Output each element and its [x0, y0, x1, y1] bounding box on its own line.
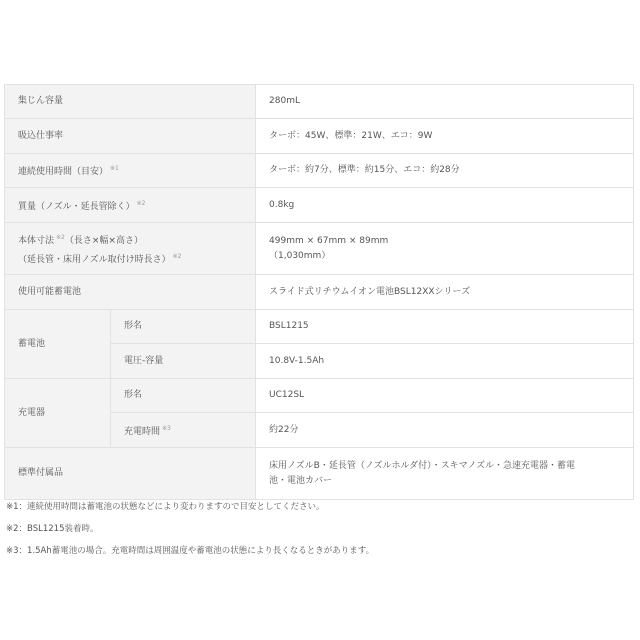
table-row: 本体寸法※2（長さ×幅×高さ） （延長管・床用ノズル取付け時長さ）※2 499m…: [5, 223, 634, 275]
row-value: ターボ：約7分、標準：約15分、エコ：約28分: [256, 154, 634, 188]
row-value: 床用ノズルB・延長管（ノズルホルダ付）・スキマノズル・急速充電器・蓄電 池・電池…: [256, 448, 634, 500]
value-line: 池・電池カバー: [269, 474, 633, 489]
value-line: 499mm × 67mm × 89mm: [269, 234, 633, 249]
row-value: 約22分: [256, 413, 634, 448]
row-label: 吸込仕事率: [5, 119, 256, 154]
footnote-ref: ※3: [162, 425, 171, 432]
row-value: 0.8kg: [256, 188, 634, 223]
row-label: 使用可能蓄電池: [5, 275, 256, 310]
row-value: 10.8V-1.5Ah: [256, 344, 634, 379]
label-text: （長さ×幅×高さ）: [65, 236, 143, 246]
footnote-3: ※3：1.5Ah蓄電池の場合。充電時間は周囲温度や蓄電池の状態により長くなるとき…: [6, 542, 626, 564]
row-value: BSL1215: [256, 310, 634, 344]
row-label: 標準付属品: [5, 448, 256, 500]
table-row: 質量（ノズル・延長管除く）※2 0.8kg: [5, 188, 634, 223]
footnote-2: ※2：BSL1215装着時。: [6, 520, 626, 542]
row-label: 質量（ノズル・延長管除く）※2: [5, 188, 256, 223]
row-label: 集じん容量: [5, 85, 256, 119]
label-text: 本体寸法: [18, 236, 54, 246]
row-value: スライド式リチウムイオン電池BSL12XXシリーズ: [256, 275, 634, 310]
sub-label: 充電時間※3: [111, 413, 256, 448]
table-row: 標準付属品 床用ノズルB・延長管（ノズルホルダ付）・スキマノズル・急速充電器・蓄…: [5, 448, 634, 500]
row-value: ターボ：45W、標準：21W、エコ：9W: [256, 119, 634, 154]
group-label-battery: 蓄電池: [5, 310, 111, 379]
footnote-1: ※1：連続使用時間は蓄電池の状態などにより変わりますので目安としてください。: [6, 498, 626, 520]
footnotes: ※1：連続使用時間は蓄電池の状態などにより変わりますので目安としてください。 ※…: [6, 498, 626, 564]
label-text: （延長管・床用ノズル取付け時長さ）: [18, 255, 171, 265]
footnote-ref: ※2: [137, 200, 146, 207]
row-label: 本体寸法※2（長さ×幅×高さ） （延長管・床用ノズル取付け時長さ）※2: [5, 223, 256, 275]
value-line: （1,030mm）: [269, 249, 633, 264]
label-text: 充電時間: [124, 427, 160, 437]
sub-label: 形名: [111, 310, 256, 344]
row-label: 連続使用時間（目安）※1: [5, 154, 256, 188]
sub-label: 形名: [111, 379, 256, 413]
row-value: 280mL: [256, 85, 634, 119]
footnote-ref: ※2: [173, 253, 182, 260]
table-row: 連続使用時間（目安）※1 ターボ：約7分、標準：約15分、エコ：約28分: [5, 154, 634, 188]
table-row: 吸込仕事率 ターボ：45W、標準：21W、エコ：9W: [5, 119, 634, 154]
table-row: 蓄電池 形名 BSL1215: [5, 310, 634, 344]
label-text: 連続使用時間（目安）: [18, 167, 108, 177]
spec-table: 集じん容量 280mL 吸込仕事率 ターボ：45W、標準：21W、エコ：9W 連…: [4, 84, 634, 500]
value-line: 床用ノズルB・延長管（ノズルホルダ付）・スキマノズル・急速充電器・蓄電: [269, 459, 633, 474]
row-value: UC12SL: [256, 379, 634, 413]
sub-label: 電圧-容量: [111, 344, 256, 379]
footnote-ref: ※2: [56, 234, 65, 241]
group-label-charger: 充電器: [5, 379, 111, 448]
label-text: 質量（ノズル・延長管除く）: [18, 202, 135, 212]
footnote-ref: ※1: [110, 165, 119, 172]
row-value: 499mm × 67mm × 89mm （1,030mm）: [256, 223, 634, 275]
table-row: 集じん容量 280mL: [5, 85, 634, 119]
table-row: 使用可能蓄電池 スライド式リチウムイオン電池BSL12XXシリーズ: [5, 275, 634, 310]
table-row: 充電器 形名 UC12SL: [5, 379, 634, 413]
